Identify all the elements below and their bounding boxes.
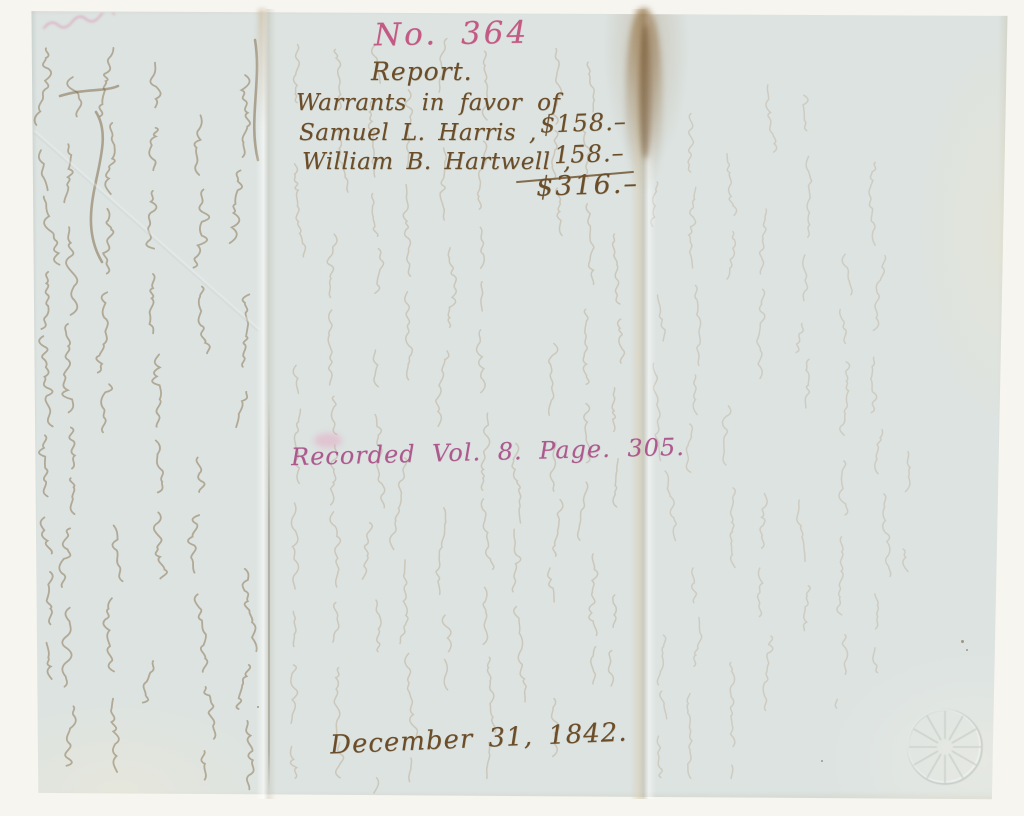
fold-crease-left-hairline — [268, 400, 270, 790]
payee-amount: $158.– — [540, 107, 628, 138]
pink-showthrough-mark — [40, 13, 120, 37]
scanned-document: No. 364 Report. Warrants in favor of Sam… — [0, 0, 1024, 816]
payee-name: Samuel L. Harris , — [299, 120, 537, 146]
document-subtitle: Warrants in favor of — [296, 90, 560, 116]
paper-speck — [961, 640, 964, 643]
payee-name: William B. Hartwell , — [302, 149, 571, 175]
fold-crease-left-stain — [258, 9, 266, 129]
paper-speck — [821, 760, 823, 762]
ink-stain-core — [639, 24, 652, 159]
embossed-seal — [903, 705, 987, 789]
document-title: Report. — [371, 57, 473, 86]
paper-speck — [257, 706, 259, 708]
paper-speck — [966, 649, 968, 651]
document-number: No. 364 — [374, 15, 530, 54]
payee-amount: 158.– — [554, 139, 625, 169]
total-amount: $316.– — [535, 168, 639, 203]
